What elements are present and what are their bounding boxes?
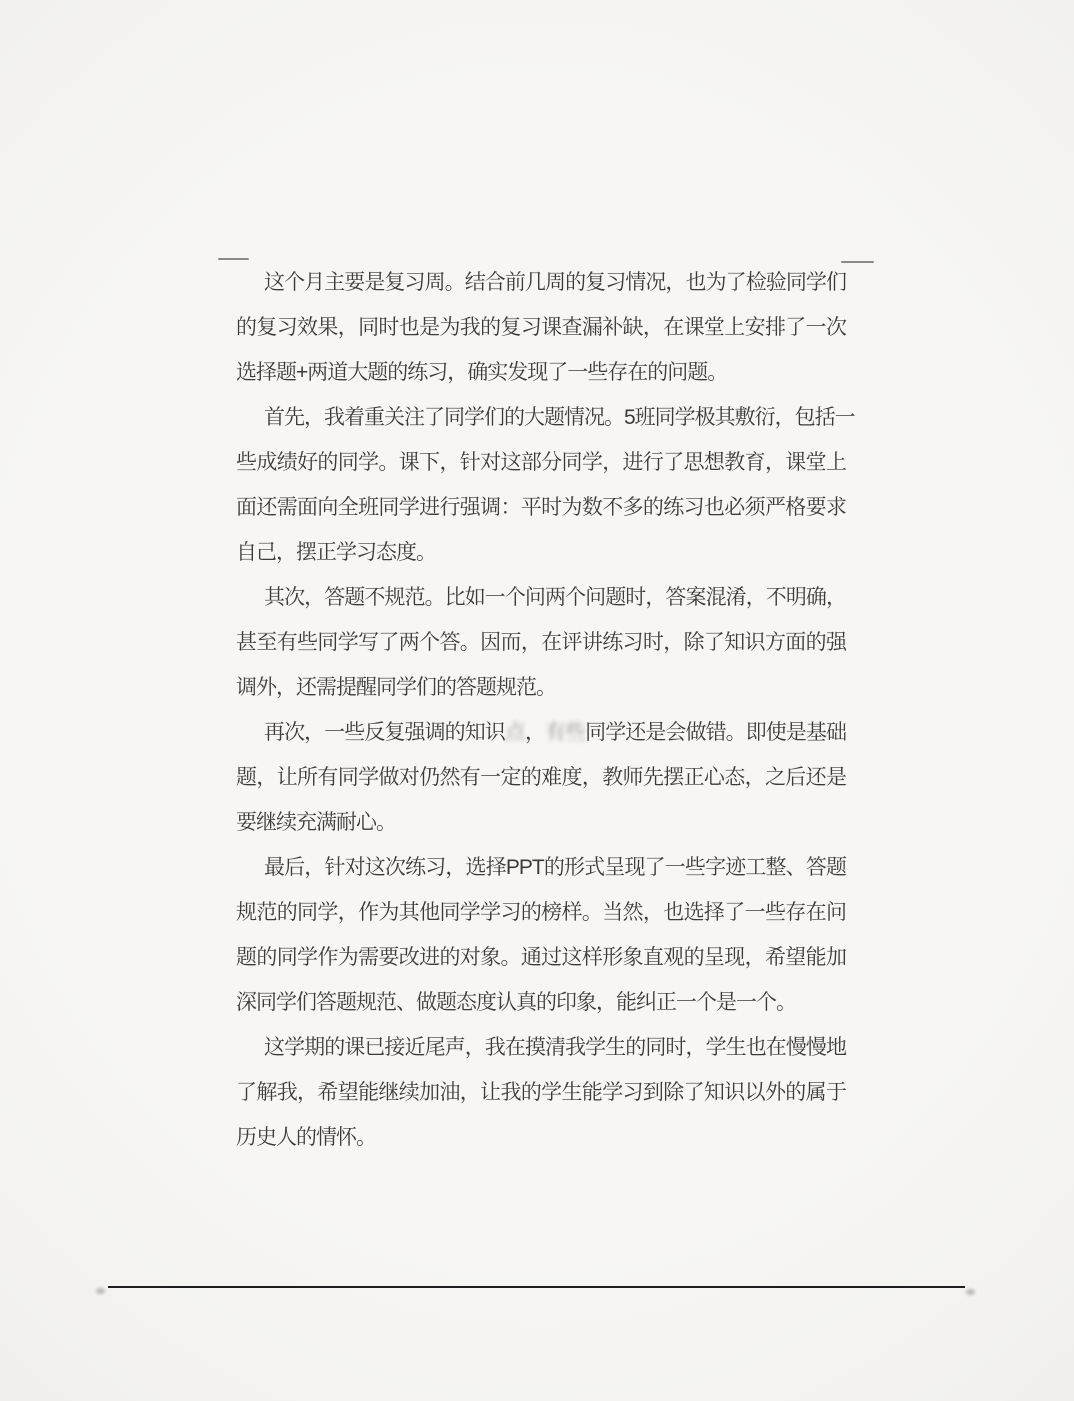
text-line: 面还需面向全班同学进行强调：平时为数不多的练习也必须严格要求 [236, 485, 846, 530]
text-line: 自己，摆正学习态度。 [236, 530, 846, 575]
smudged-text: 点 [505, 710, 525, 755]
text-line: 这个月主要是复习周。结合前几周的复习情况，也为了检验同学们 [236, 260, 846, 305]
text-line: 这学期的课已接近尾声，我在摸清我学生的同时，学生也在慢慢地 [236, 1025, 846, 1070]
text-segment: 再次，一些反复强调的知识 [264, 721, 505, 744]
document-page: 这个月主要是复习周。结合前几周的复习情况，也为了检验同学们 的复习效果，同时也是… [0, 0, 1074, 1401]
text-line: 题的同学作为需要改进的对象。通过这样形象直观的呈现，希望能加 [236, 935, 846, 980]
text-line: 最后，针对这次练习，选择PPT的形式呈现了一些字迹工整、答题 [236, 845, 846, 890]
text-line: 甚至有些同学写了两个答。因而，在评讲练习时，除了知识方面的强 [236, 620, 846, 665]
text-line: 历史人的情怀。 [236, 1115, 846, 1160]
text-line: 深同学们答题规范、做题态度认真的印象，能纠正一个是一个。 [236, 980, 846, 1025]
text-line: 规范的同学，作为其他同学学习的榜样。当然，也选择了一些存在问 [236, 890, 846, 935]
smudged-text: 有些 [545, 710, 585, 755]
text-line: 的复习效果，同时也是为我的复习课查漏补缺，在课堂上安排了一次 [236, 305, 846, 350]
text-line: 要继续充满耐心。 [236, 800, 846, 845]
text-line: 调外，还需提醒同学们的答题规范。 [236, 665, 846, 710]
text-line: 其次，答题不规范。比如一个问两个问题时，答案混淆，不明确， [236, 575, 846, 620]
text-segment: 同学还是会做错。即使是基础 [585, 721, 846, 744]
photo-speck [96, 1288, 105, 1294]
document-body-text: 这个月主要是复习周。结合前几周的复习情况，也为了检验同学们 的复习效果，同时也是… [236, 260, 846, 1160]
text-line: 些成绩好的同学。课下，针对这部分同学，进行了思想教育，课堂上 [236, 440, 846, 485]
text-line-smudged: 再次，一些反复强调的知识点，有些同学还是会做错。即使是基础 [236, 710, 846, 755]
text-line: 了解我，希望能继续加油，让我的学生能学习到除了知识以外的属于 [236, 1070, 846, 1115]
photo-speck [966, 1289, 975, 1295]
divider-line [108, 1286, 965, 1288]
text-line: 选择题+两道大题的练习，确实发现了一些存在的问题。 [236, 350, 846, 395]
text-line: 题，让所有同学做对仍然有一定的难度，教师先摆正心态，之后还是 [236, 755, 846, 800]
text-line: 首先，我着重关注了同学们的大题情况。5班同学极其敷衍，包括一 [236, 395, 846, 440]
text-segment: ， [525, 721, 545, 744]
